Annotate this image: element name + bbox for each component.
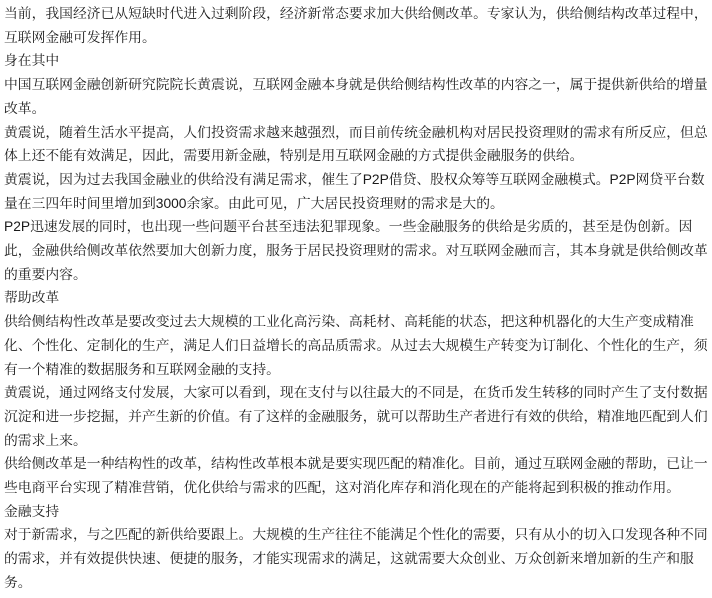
paragraph: 中国互联网金融创新研究院院长黄震说，互联网金融本身就是供给侧结构性改革的内容之一… xyxy=(4,73,710,120)
paragraph: 供给侧改革是一种结构性的改革，结构性改革根本就是要实现匹配的精准化。目前，通过互… xyxy=(4,452,710,499)
paragraph: 供给侧结构性改革是要改变过去大规模的工业化高污染、高耗材、高耗能的状态，把这种机… xyxy=(4,310,710,381)
paragraph: 黄震说，因为过去我国金融业的供给没有满足需求，催生了P2P借贷、股权众筹等互联网… xyxy=(4,168,710,215)
paragraph: 黄震说，通过网络支付发展，大家可以看到，现在支付与以往最大的不同是，在货币发生转… xyxy=(4,381,710,452)
paragraph: 黄震说，随着生活水平提高，人们投资需求越来越强烈，而目前传统金融机构对居民投资理… xyxy=(4,121,710,168)
section-heading: 身在其中 xyxy=(4,49,710,73)
paragraph: P2P迅速发展的同时，也出现一些问题平台甚至违法犯罪现象。一些金融服务的供给是劣… xyxy=(4,215,710,286)
section-heading: 帮助改革 xyxy=(4,286,710,310)
paragraph: 对于新需求，与之匹配的新供给要跟上。大规模的生产往往不能满足个性化的需要，只有从… xyxy=(4,523,710,594)
article-body: 当前，我国经济已从短缺时代进入过剩阶段，经济新常态要求加大供给侧改革。专家认为，… xyxy=(0,0,712,595)
paragraph: 当前，我国经济已从短缺时代进入过剩阶段，经济新常态要求加大供给侧改革。专家认为，… xyxy=(4,2,710,49)
section-heading: 金融支持 xyxy=(4,500,710,524)
